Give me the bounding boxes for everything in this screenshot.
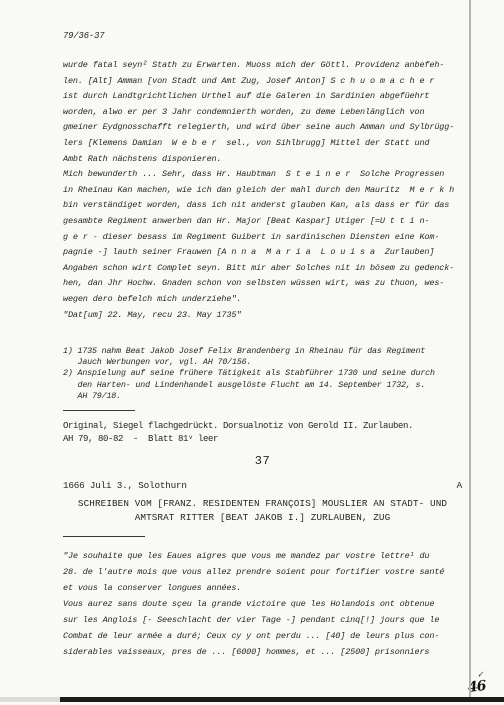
- provenance-line: Original, Siegel flachgedrückt. Dorsualn…: [63, 420, 465, 433]
- footnote-line: 2) Anspielung auf seine frühere Tätigkei…: [63, 368, 465, 379]
- quote-line: Combat de leur armée a duré; Ceux cy y o…: [63, 628, 465, 644]
- entry-36-transcription: wurde fatal seyn² Stath zu Erwarten. Muo…: [63, 58, 465, 323]
- entry-37-title-line: AMTSRAT RITTER [BEAT JAKOB I.] ZURLAUBEN…: [63, 511, 462, 525]
- separator-rule: [63, 536, 145, 537]
- footnote-line: 1) 1735 nahm Beat Jakob Josef Felix Bran…: [63, 346, 465, 357]
- footnote-line: Jauch Werbungen vor, vgl. AH 70/156.: [63, 357, 465, 368]
- entry-37-date-place: 1666 Juli 3., Solothurn: [63, 480, 187, 491]
- transcription-line: gesambte Regiment anwerben dan Hr. Major…: [63, 214, 465, 230]
- entry-37-title-line: SCHREIBEN VOM [FRANZ. RESIDENTEN FRANÇOI…: [63, 497, 462, 511]
- transcription-line: g e r - dieser besass im Regiment Guiber…: [63, 230, 465, 246]
- entry-37-quote: "Je souhaite que les Eaues aigres que vo…: [63, 548, 465, 660]
- quote-line: "Je souhaite que les Eaues aigres que vo…: [63, 548, 465, 564]
- footnote-line: AH 79/18.: [63, 391, 465, 402]
- transcription-line: Angaben schon wirt Complet seyn. Bitt mi…: [63, 261, 465, 277]
- entry-37-number: 37: [63, 454, 462, 468]
- footnote-line: den Harten- und Lindenhandel ausgelöste …: [63, 380, 465, 391]
- separator-rule: [63, 410, 135, 411]
- transcription-line: wurde fatal seyn² Stath zu Erwarten. Muo…: [63, 58, 465, 74]
- quote-line: et vous la conserver longues années.: [63, 580, 465, 596]
- quote-line: Vous aurez sans doute sçeu la grande vic…: [63, 596, 465, 612]
- transcription-line: wegen dero befelch mich underziehe".: [63, 292, 465, 308]
- entry-37-letter-mark: A: [457, 480, 462, 491]
- transcription-line: Ambt Rath nächstens disponieren.: [63, 152, 465, 168]
- transcription-line: len. [Alt] Amman [von Stadt und Amt Zug,…: [63, 74, 465, 90]
- entry-37-title: SCHREIBEN VOM [FRANZ. RESIDENTEN FRANÇOI…: [63, 497, 462, 524]
- scanned-document-page: 79/36-37 wurde fatal seyn² Stath zu Erwa…: [0, 0, 504, 705]
- transcription-line: Mich bewunderth ... Sehr, dass Hr. Haubt…: [63, 167, 465, 183]
- transcription-line: hen, dan Jhr Hochw. Gnaden schon von sel…: [63, 276, 465, 292]
- quote-line: sur les Anglois [- Seeschlacht der vier …: [63, 612, 465, 628]
- quote-line: 28. de l'autre mois que vous allez prend…: [63, 564, 465, 580]
- transcription-line: "Dat[um] 22. May, recu 23. May 1735": [63, 308, 465, 324]
- entry-36-footnotes: 1) 1735 nahm Beat Jakob Josef Felix Bran…: [63, 346, 465, 402]
- scan-page-edge-line: [469, 0, 471, 700]
- transcription-line: lers [Klemens Damian W e b e r sel., von…: [63, 136, 465, 152]
- quote-line: siderables vaisseaux, pres de ... [6000]…: [63, 644, 465, 660]
- transcription-line: in Rheinau Kan machen, wie ich dan gleic…: [63, 183, 465, 199]
- scan-bottom-edge-dark: [60, 697, 504, 702]
- entry-36-provenance: Original, Siegel flachgedrückt. Dorsualn…: [63, 420, 465, 446]
- scan-bottom-edge-light: [0, 697, 60, 702]
- transcription-line: worden, alwo er per 3 Jahr condemnierth …: [63, 105, 465, 121]
- transcription-line: bin verständiget worden, dass ich nit an…: [63, 198, 465, 214]
- provenance-line: AH 79, 80-82 - Blatt 81ᵛ leer: [63, 433, 465, 446]
- transcription-line: ist durch Landtgrichtlichen Urthel auf d…: [63, 89, 465, 105]
- transcription-line: pagnie -] lauth seiner Frauwen [A n n a …: [63, 245, 465, 261]
- archive-page-header: 79/36-37: [63, 31, 104, 41]
- entry-37-date-row: 1666 Juli 3., Solothurn A: [63, 480, 462, 491]
- transcription-line: gmeiner Eydgnosschafft relegierth, und w…: [63, 120, 465, 136]
